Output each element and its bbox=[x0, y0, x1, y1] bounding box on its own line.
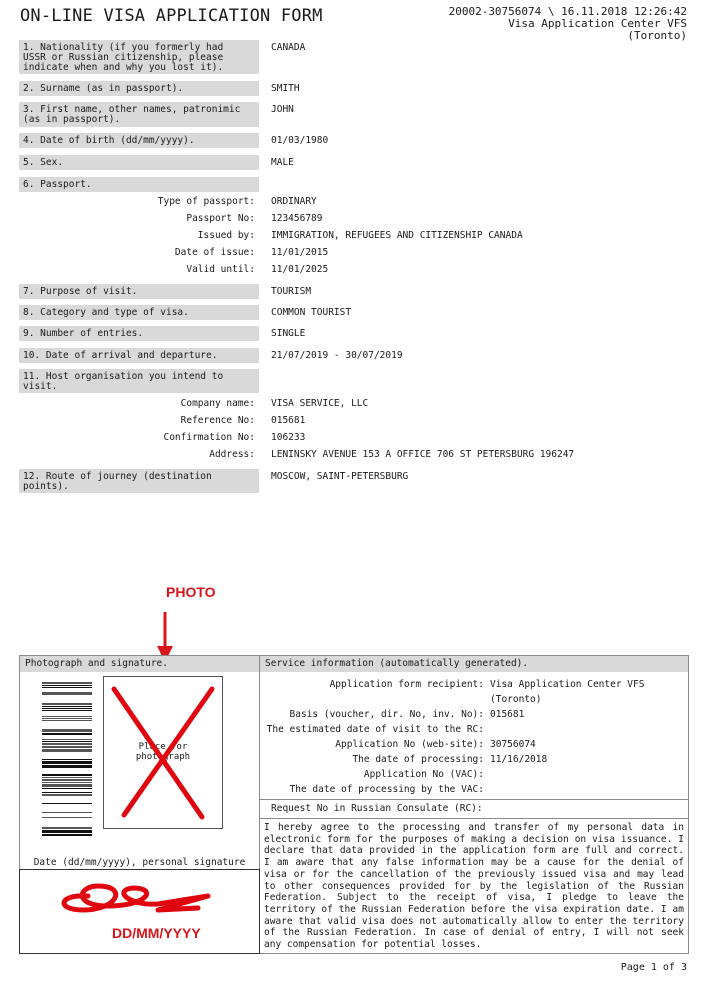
field-label-visa-category: 8. Category and type of visa. bbox=[19, 305, 259, 320]
passport-issued-by-label: Issued by: bbox=[198, 230, 255, 241]
passport-number-label: Passport No: bbox=[186, 213, 255, 224]
host-reference-label: Reference No: bbox=[181, 415, 255, 426]
field-label-nationality: 1. Nationality (if you formerly had USSR… bbox=[19, 40, 259, 74]
passport-issue-date-label: Date of issue: bbox=[175, 247, 255, 258]
service-value-application-no-web: 30756074 bbox=[490, 737, 536, 752]
photo-placeholder[interactable]: Place for photograph bbox=[103, 676, 223, 829]
field-value-travel-dates: 21/07/2019 - 30/07/2019 bbox=[271, 350, 403, 361]
service-label-application-no-vac: Application No (VAC): bbox=[364, 767, 484, 782]
signature-scribble-icon bbox=[48, 876, 238, 916]
service-label-recipient: Application form recipient: bbox=[330, 677, 484, 692]
passport-type-label: Type of passport: bbox=[158, 196, 255, 207]
field-label-host-organisation: 11. Host organisation you intend to visi… bbox=[19, 369, 259, 393]
cross-out-icon bbox=[104, 677, 224, 830]
field-label-date-of-birth: 4. Date of birth (dd/mm/yyyy). bbox=[19, 133, 259, 148]
field-label-sex: 5. Sex. bbox=[19, 155, 259, 170]
field-value-entries: SINGLE bbox=[271, 328, 305, 339]
field-label-purpose: 7. Purpose of visit. bbox=[19, 284, 259, 299]
passport-type-value: ORDINARY bbox=[271, 196, 317, 207]
barcode bbox=[42, 682, 92, 852]
host-confirmation-label: Confirmation No: bbox=[163, 432, 255, 443]
passport-number-value: 123456789 bbox=[271, 213, 322, 224]
field-value-purpose: TOURISM bbox=[271, 286, 311, 297]
service-value-recipient: Visa Application Center VFS bbox=[490, 677, 644, 692]
service-section-header: Service information (automatically gener… bbox=[260, 656, 688, 672]
signature-box[interactable] bbox=[19, 869, 260, 954]
request-no-label: Request No in Russian Consulate (RC): bbox=[271, 801, 483, 816]
field-label-route: 12. Route of journey (destination points… bbox=[19, 469, 259, 493]
date-annotation: DD/MM/YYYY bbox=[112, 925, 201, 941]
center-city: (Toronto) bbox=[449, 30, 687, 42]
service-label-estimated-date: The estimated date of visit to the RC: bbox=[267, 722, 484, 737]
service-value-recipient-city: (Toronto) bbox=[490, 692, 541, 707]
field-value-first-name: JOHN bbox=[271, 104, 294, 115]
service-label-application-no-web: Application No (web-site): bbox=[335, 737, 484, 752]
host-confirmation-value: 106233 bbox=[271, 432, 305, 443]
service-label-processing-date: The date of processing: bbox=[352, 752, 484, 767]
page-indicator: Page 1 of 3 bbox=[621, 962, 687, 973]
field-value-route: MOSCOW, SAINT-PETERSBURG bbox=[271, 471, 408, 482]
service-label-vac-processing-date: The date of processing by the VAC: bbox=[290, 782, 484, 797]
divider bbox=[260, 818, 689, 819]
field-value-date-of-birth: 01/03/1980 bbox=[271, 135, 328, 146]
form-title: ON-LINE VISA APPLICATION FORM bbox=[20, 6, 323, 26]
photo-annotation: PHOTO bbox=[166, 584, 216, 600]
field-label-entries: 9. Number of entries. bbox=[19, 326, 259, 341]
passport-valid-until-label: Valid until: bbox=[186, 264, 255, 275]
field-value-nationality: CANADA bbox=[271, 42, 305, 53]
field-value-visa-category: COMMON TOURIST bbox=[271, 307, 351, 318]
service-value-basis: 015681 bbox=[490, 707, 524, 722]
field-value-surname: SMITH bbox=[271, 83, 300, 94]
field-label-first-name: 3. First name, other names, patronimic (… bbox=[19, 102, 259, 127]
host-reference-value: 015681 bbox=[271, 415, 305, 426]
host-address-label: Address: bbox=[209, 449, 255, 460]
field-label-travel-dates: 10. Date of arrival and departure. bbox=[19, 348, 259, 363]
field-label-passport: 6. Passport. bbox=[19, 177, 259, 192]
service-value-processing-date: 11/16/2018 bbox=[490, 752, 547, 767]
host-company-value: VISA SERVICE, LLC bbox=[271, 398, 368, 409]
signature-caption: Date (dd/mm/yyyy), personal signature bbox=[20, 857, 259, 868]
passport-issue-date-value: 11/01/2015 bbox=[271, 247, 328, 258]
consent-text: I hereby agree to the processing and tra… bbox=[264, 822, 684, 951]
form-meta: 20002-30756074 \ 16.11.2018 12:26:42 Vis… bbox=[449, 6, 687, 42]
service-label-basis: Basis (voucher, dir. No, inv. No): bbox=[290, 707, 484, 722]
passport-valid-until-value: 11/01/2025 bbox=[271, 264, 328, 275]
field-value-sex: MALE bbox=[271, 157, 294, 168]
passport-issued-by-value: IMMIGRATION, REFUGEES AND CITIZENSHIP CA… bbox=[271, 230, 523, 241]
divider bbox=[260, 799, 689, 800]
photo-section-header: Photograph and signature. bbox=[20, 656, 259, 672]
host-address-value: LENINSKY AVENUE 153 A OFFICE 706 ST PETE… bbox=[271, 449, 574, 460]
host-company-label: Company name: bbox=[181, 398, 255, 409]
field-label-surname: 2. Surname (as in passport). bbox=[19, 81, 259, 96]
